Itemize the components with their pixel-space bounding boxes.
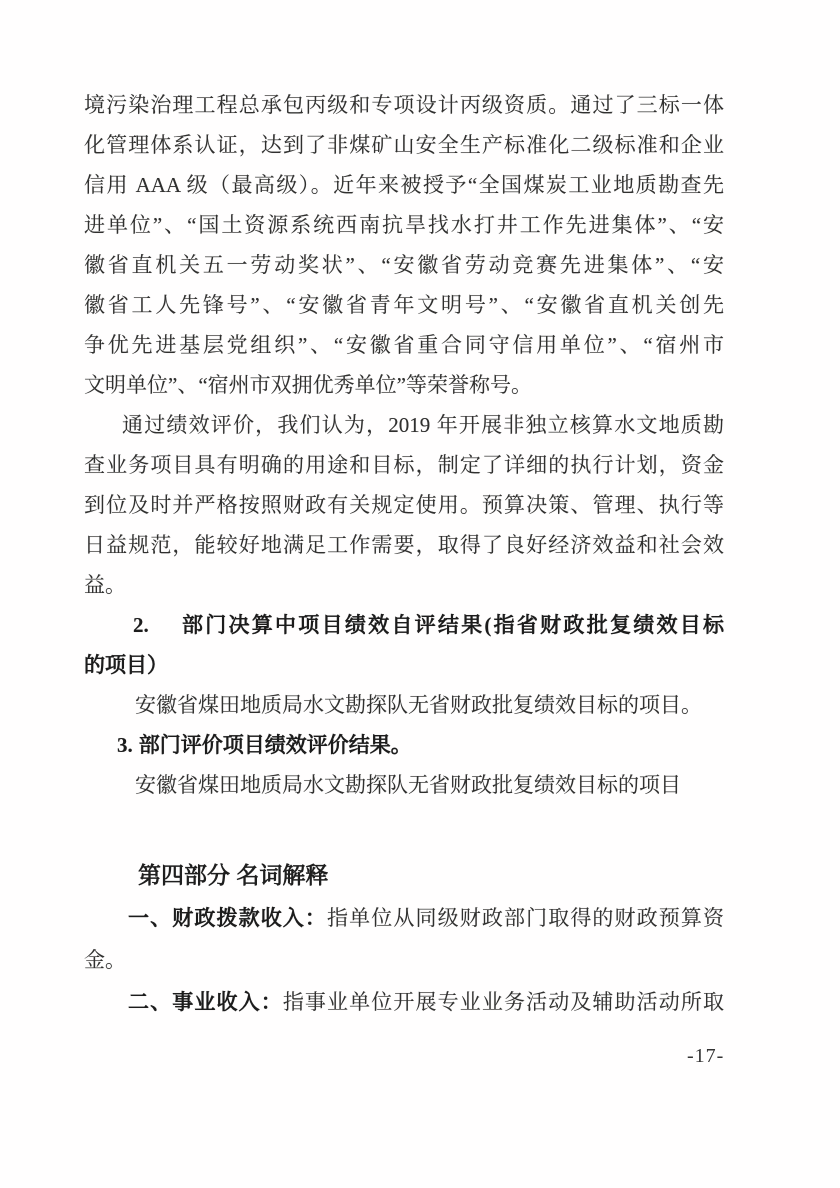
term-1-line-1: 一、财政拨款收入：指单位从同级财政部门取得的财政预算资 (84, 897, 724, 939)
heading-2-line-2: 的项目） (84, 645, 724, 685)
paragraph1-line-4: 进单位”、“国土资源系统西南抗旱找水打井工作先进集体”、“安 (84, 205, 724, 245)
term-2-label: 二、事业收入： (128, 990, 283, 1014)
heading-3-body: 安徽省煤田地质局水文勘探队无省财政批复绩效目标的项目 (84, 765, 724, 805)
term-2-line-1: 二、事业收入：指事业单位开展专业业务活动及辅助活动所取 (84, 981, 724, 1023)
term-1-label: 一、财政拨款收入： (128, 906, 327, 930)
heading-2-body: 安徽省煤田地质局水文勘探队无省财政批复绩效目标的项目。 (84, 685, 724, 725)
page-content: 境污染治理工程总承包丙级和专项设计丙级资质。通过了三标一体 化管理体系认证，达到… (84, 85, 724, 1023)
heading-3: 3.部门评价项目绩效评价结果。 (84, 725, 724, 765)
document-page: 境污染治理工程总承包丙级和专项设计丙级资质。通过了三标一体 化管理体系认证，达到… (0, 0, 840, 1188)
paragraph2-line-3: 到位及时并严格按照财政有关规定使用。预算决策、管理、执行等 (84, 485, 724, 525)
paragraph1-line-2: 化管理体系认证，达到了非煤矿山安全生产标准化二级标准和企业 (84, 125, 724, 165)
term-1-line-2: 金。 (84, 939, 724, 981)
page-number: -17- (687, 1045, 724, 1068)
paragraph2-line-2: 查业务项目具有明确的用途和目标，制定了详细的执行计划，资金 (84, 445, 724, 485)
section-spacer (84, 805, 724, 853)
paragraph1-line-3: 信用 AAA 级（最高级）。近年来被授予“全国煤炭工业地质勘查先 (84, 165, 724, 205)
paragraph2-line-4: 日益规范，能较好地满足工作需要，取得了良好经济效益和社会效 (84, 525, 724, 565)
paragraph1-line-5: 徽省直机关五一劳动奖状”、“安徽省劳动竞赛先进集体”、“安 (84, 245, 724, 285)
heading-2-text: 部门决算中项目绩效自评结果(指省财政批复绩效目标 (180, 613, 724, 637)
paragraph2-line-5: 益。 (84, 565, 724, 605)
paragraph1-line-7: 争优先进基层党组织”、“安徽省重合同守信用单位”、“宿州市 (84, 325, 724, 365)
paragraph1-line-8: 文明单位”、“宿州市双拥优秀单位”等荣誉称号。 (84, 365, 724, 405)
section-heading: 第四部分 名词解释 (84, 853, 724, 897)
heading-3-number: 3. (117, 733, 133, 757)
term-1-definition: 指单位从同级财政部门取得的财政预算资 (327, 906, 724, 930)
paragraph1-line-6: 徽省工人先锋号”、“安徽省青年文明号”、“安徽省直机关创先 (84, 285, 724, 325)
term-2-definition: 指事业单位开展专业业务活动及辅助活动所取 (283, 990, 724, 1014)
heading-3-text: 部门评价项目绩效评价结果。 (139, 733, 412, 757)
heading-2-number: 2. (133, 613, 149, 637)
paragraph1-line-1: 境污染治理工程总承包丙级和专项设计丙级资质。通过了三标一体 (84, 85, 724, 125)
paragraph2-line-1: 通过绩效评价，我们认为，2019 年开展非独立核算水文地质勘 (84, 405, 724, 445)
heading-2-line-1: 2.部门决算中项目绩效自评结果(指省财政批复绩效目标 (84, 605, 724, 645)
